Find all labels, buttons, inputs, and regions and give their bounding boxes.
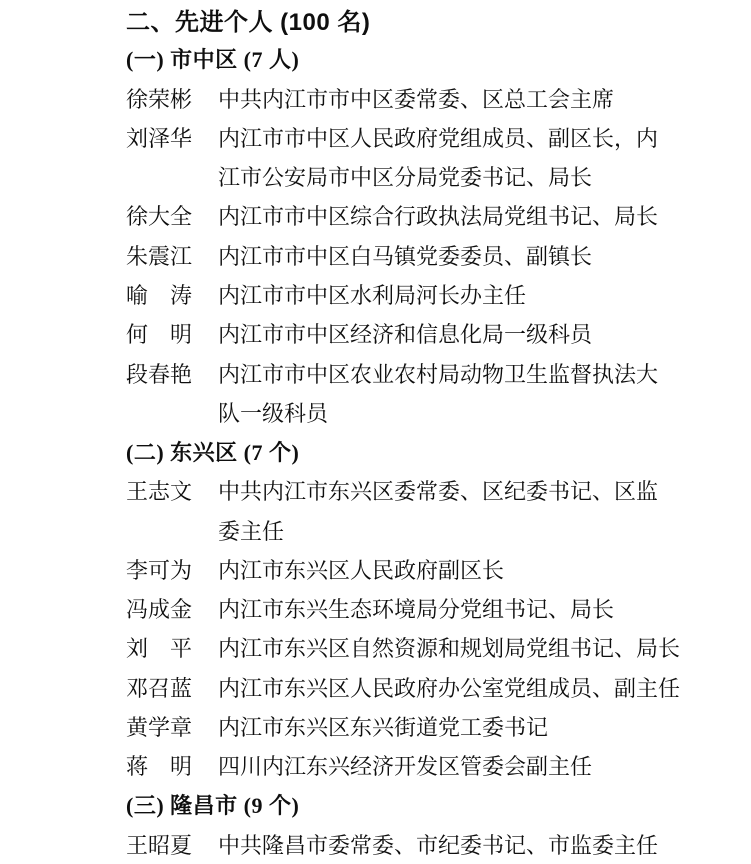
person-position-continued: 队一级科员: [218, 397, 328, 428]
person-position: 内江市市中区白马镇党委委员、副镇长: [218, 240, 592, 271]
document-page: 二、先进个人 (100 名) (一) 市中区 (7 人)徐荣彬中共内江市市中区委…: [0, 0, 751, 864]
person-name: 冯成金: [126, 593, 193, 624]
person-position: 内江市市中区水利局河长办主任: [218, 279, 526, 310]
person-position: 内江市市中区人民政府党组成员、副区长，内: [218, 122, 658, 153]
person-name: 黄学章: [126, 711, 193, 742]
award-entry-row: 邓召蓝内江市东兴区人民政府办公室党组成员、副主任: [126, 668, 751, 707]
award-entry-row: 王志文中共内江市东兴区委常委、区纪委书记、区监: [126, 471, 751, 510]
person-name: 王志文: [126, 475, 193, 506]
person-position: 中共内江市东兴区委常委、区纪委书记、区监: [218, 475, 658, 506]
section-heading-row: (三) 隆昌市 (9 个): [126, 785, 751, 824]
award-entry-row: 徐大全内江市市中区综合行政执法局党组书记、局长: [126, 196, 751, 235]
doc-heading: 二、先进个人 (100 名): [126, 2, 370, 37]
award-entry-row: 刘 平内江市东兴区自然资源和规划局党组书记、局长: [126, 628, 751, 667]
award-entry-row: 冯成金内江市东兴生态环境局分党组书记、局长: [126, 589, 751, 628]
section-heading-row: (一) 市中区 (7 人): [126, 39, 751, 78]
person-name: 段春艳: [126, 358, 193, 389]
person-position-continued: 江市公安局市中区分局党委书记、局长: [218, 161, 592, 192]
person-position: 内江市东兴区人民政府副区长: [218, 554, 504, 585]
doc-heading-row: 二、先进个人 (100 名): [126, 0, 751, 39]
award-entry-row: 蒋 明四川内江东兴经济开发区管委会副主任: [126, 746, 751, 785]
person-position: 内江市东兴区人民政府办公室党组成员、副主任: [218, 672, 680, 703]
person-name: 徐大全: [126, 200, 193, 231]
award-entry-row: 何 明内江市市中区经济和信息化局一级科员: [126, 314, 751, 353]
entry-continuation-row: 队一级科员: [126, 393, 751, 432]
person-position: 内江市东兴区自然资源和规划局党组书记、局长: [218, 632, 680, 663]
person-position-continued: 委主任: [218, 515, 284, 546]
person-position: 内江市东兴区东兴街道党工委书记: [218, 711, 548, 742]
person-name: 喻 涛: [126, 279, 193, 310]
award-entry-row: 段春艳内江市市中区农业农村局动物卫生监督执法大: [126, 353, 751, 392]
person-name: 蒋 明: [126, 750, 193, 781]
person-name: 徐荣彬: [126, 83, 193, 114]
person-position: 内江市东兴生态环境局分党组书记、局长: [218, 593, 614, 624]
section-heading: (二) 东兴区 (7 个): [126, 436, 299, 467]
person-name: 朱震江: [126, 240, 193, 271]
person-name: 王昭夏: [126, 829, 193, 860]
entry-continuation-row: 委主任: [126, 510, 751, 549]
award-entry-row: 徐荣彬中共内江市市中区委常委、区总工会主席: [126, 79, 751, 118]
document-content: 二、先进个人 (100 名) (一) 市中区 (7 人)徐荣彬中共内江市市中区委…: [0, 0, 751, 864]
award-entry-row: 李可为内江市东兴区人民政府副区长: [126, 550, 751, 589]
person-name: 刘泽华: [126, 122, 193, 153]
person-position: 中共内江市市中区委常委、区总工会主席: [218, 83, 614, 114]
person-position: 内江市市中区综合行政执法局党组书记、局长: [218, 200, 658, 231]
person-position: 内江市市中区经济和信息化局一级科员: [218, 318, 592, 349]
person-position: 内江市市中区农业农村局动物卫生监督执法大: [218, 358, 658, 389]
award-entry-row: 王昭夏中共隆昌市委常委、市纪委书记、市监委主任: [126, 825, 751, 864]
section-heading: (三) 隆昌市 (9 个): [126, 789, 299, 820]
award-entry-row: 刘泽华内江市市中区人民政府党组成员、副区长，内: [126, 118, 751, 157]
person-name: 何 明: [126, 318, 193, 349]
person-position: 四川内江东兴经济开发区管委会副主任: [218, 750, 592, 781]
person-position: 中共隆昌市委常委、市纪委书记、市监委主任: [218, 829, 658, 860]
entry-continuation-row: 江市公安局市中区分局党委书记、局长: [126, 157, 751, 196]
award-entry-row: 喻 涛内江市市中区水利局河长办主任: [126, 275, 751, 314]
doc-body: (一) 市中区 (7 人)徐荣彬中共内江市市中区委常委、区总工会主席刘泽华内江市…: [126, 39, 751, 864]
award-entry-row: 黄学章内江市东兴区东兴街道党工委书记: [126, 707, 751, 746]
award-entry-row: 朱震江内江市市中区白马镇党委委员、副镇长: [126, 236, 751, 275]
section-heading-row: (二) 东兴区 (7 个): [126, 432, 751, 471]
person-name: 邓召蓝: [126, 672, 193, 703]
person-name: 李可为: [126, 554, 193, 585]
section-heading: (一) 市中区 (7 人): [126, 43, 299, 74]
person-name: 刘 平: [126, 632, 193, 663]
